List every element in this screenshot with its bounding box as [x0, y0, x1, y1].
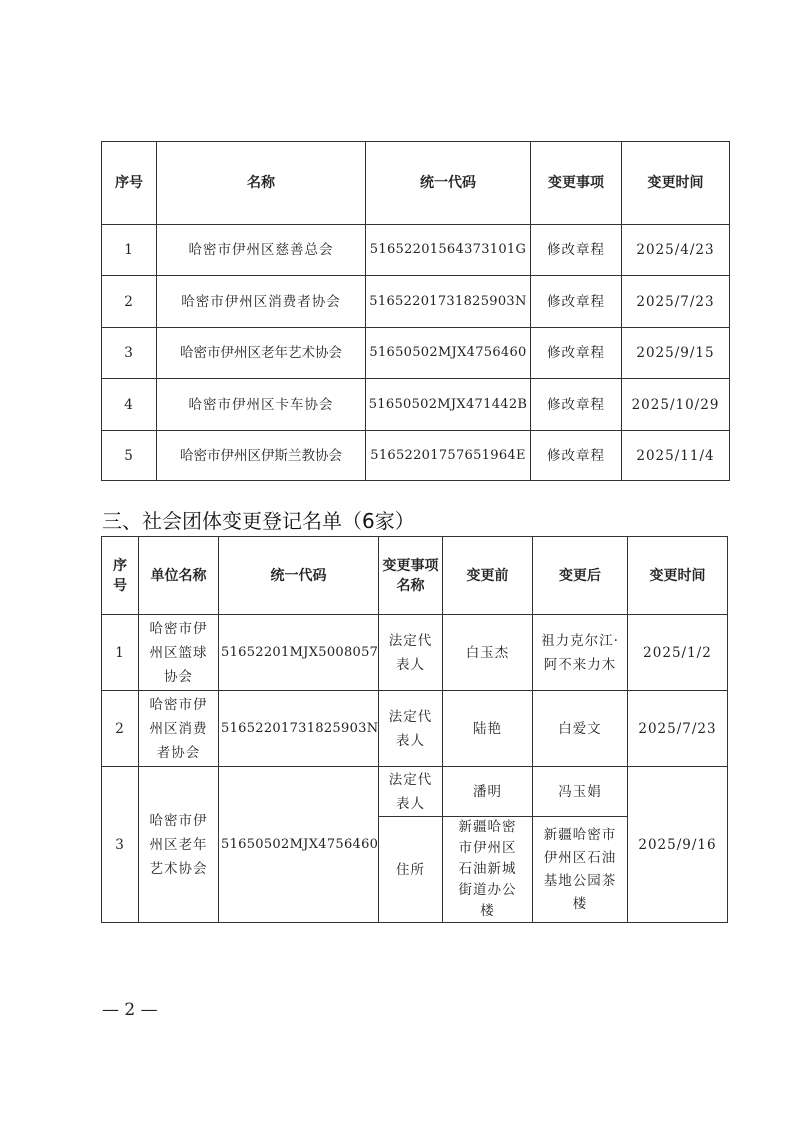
- header-no: 序号: [102, 537, 139, 615]
- table-header-row: 序号 名称 统一代码 变更事项 变更时间: [102, 142, 730, 225]
- cell-no: 5: [102, 431, 157, 481]
- table-row: 2 哈密市伊州区消费者协会 51652201731825903N 修改章程 20…: [102, 276, 730, 328]
- cell-date: 2025/10/29: [622, 379, 730, 431]
- page-number: — 2 —: [102, 1000, 158, 1020]
- header-item: 变更事项: [531, 142, 622, 225]
- cell-date: 2025/4/23: [622, 225, 730, 276]
- cell-unit-name: 哈密市伊州区老年艺术协会: [139, 767, 219, 923]
- header-before: 变更前: [443, 537, 533, 615]
- header-code: 统一代码: [366, 142, 531, 225]
- cell-name: 哈密市伊州区卡车协会: [157, 379, 366, 431]
- cell-date: 2025/7/23: [628, 691, 728, 767]
- cell-item: 住所: [379, 817, 443, 923]
- table-row: 2 哈密市伊州区消费者协会 51652201731825903N 法定代表人 陆…: [102, 691, 728, 767]
- cell-date: 2025/9/15: [622, 328, 730, 379]
- table-row: 3 哈密市伊州区老年艺术协会 51650502MJX4756460 法定代表人 …: [102, 767, 728, 817]
- cell-no: 3: [102, 767, 139, 923]
- cell-date: 2025/9/16: [628, 767, 728, 923]
- cell-before: 陆艳: [443, 691, 533, 767]
- cell-unit-name: 哈密市伊州区消费者协会: [139, 691, 219, 767]
- header-date: 变更时间: [628, 537, 728, 615]
- cell-item: 修改章程: [531, 225, 622, 276]
- header-after: 变更后: [533, 537, 628, 615]
- header-code: 统一代码: [219, 537, 379, 615]
- header-name: 名称: [157, 142, 366, 225]
- table-row: 4 哈密市伊州区卡车协会 51650502MJX471442B 修改章程 202…: [102, 379, 730, 431]
- cell-date: 2025/11/4: [622, 431, 730, 481]
- cell-no: 1: [102, 615, 139, 691]
- cell-no: 2: [102, 691, 139, 767]
- cell-item: 法定代表人: [379, 615, 443, 691]
- cell-before: 白玉杰: [443, 615, 533, 691]
- header-unit-name: 单位名称: [139, 537, 219, 615]
- cell-code: 51650502MJX4756460: [366, 328, 531, 379]
- table-header-row: 序号 单位名称 统一代码 变更事项名称 变更前 变更后 变更时间: [102, 537, 728, 615]
- cell-after: 祖力克尔江·阿不来力木: [533, 615, 628, 691]
- cell-name: 哈密市伊州区老年艺术协会: [157, 328, 366, 379]
- cell-no: 1: [102, 225, 157, 276]
- cell-code: 51652201731825903N: [366, 276, 531, 328]
- cell-no: 2: [102, 276, 157, 328]
- association-amendment-table: 序号 名称 统一代码 变更事项 变更时间 1 哈密市伊州区慈善总会 516522…: [101, 141, 730, 481]
- cell-after: 冯玉娟: [533, 767, 628, 817]
- cell-code: 51652201757651964E: [366, 431, 531, 481]
- cell-item: 修改章程: [531, 379, 622, 431]
- cell-item: 修改章程: [531, 328, 622, 379]
- cell-code: 51652201731825903N: [219, 691, 379, 767]
- cell-code: 51652201MJX5008057: [219, 615, 379, 691]
- cell-before: 潘明: [443, 767, 533, 817]
- cell-item: 修改章程: [531, 276, 622, 328]
- table-row: 5 哈密市伊州区伊斯兰教协会 51652201757651964E 修改章程 2…: [102, 431, 730, 481]
- table-row: 1 哈密市伊州区慈善总会 51652201564373101G 修改章程 202…: [102, 225, 730, 276]
- cell-item: 法定代表人: [379, 767, 443, 817]
- cell-name: 哈密市伊州区消费者协会: [157, 276, 366, 328]
- cell-unit-name: 哈密市伊州区篮球协会: [139, 615, 219, 691]
- cell-item: 法定代表人: [379, 691, 443, 767]
- cell-code: 51652201564373101G: [366, 225, 531, 276]
- cell-name: 哈密市伊州区伊斯兰教协会: [157, 431, 366, 481]
- header-no: 序号: [102, 142, 157, 225]
- cell-after: 白爱文: [533, 691, 628, 767]
- cell-name: 哈密市伊州区慈善总会: [157, 225, 366, 276]
- cell-before: 新疆哈密市伊州区石油新城街道办公楼: [443, 817, 533, 923]
- social-group-change-table: 序号 单位名称 统一代码 变更事项名称 变更前 变更后 变更时间 1 哈密市伊州…: [101, 536, 728, 923]
- table-row: 3 哈密市伊州区老年艺术协会 51650502MJX4756460 修改章程 2…: [102, 328, 730, 379]
- section-title: 三、社会团体变更登记名单（6家）: [102, 508, 415, 534]
- header-date: 变更时间: [622, 142, 730, 225]
- cell-code: 51650502MJX471442B: [366, 379, 531, 431]
- cell-item: 修改章程: [531, 431, 622, 481]
- cell-no: 4: [102, 379, 157, 431]
- cell-no: 3: [102, 328, 157, 379]
- table-row: 1 哈密市伊州区篮球协会 51652201MJX5008057 法定代表人 白玉…: [102, 615, 728, 691]
- cell-after: 新疆哈密市伊州区石油基地公园茶楼: [533, 817, 628, 923]
- header-item-name: 变更事项名称: [379, 537, 443, 615]
- cell-code: 51650502MJX4756460: [219, 767, 379, 923]
- cell-date: 2025/7/23: [622, 276, 730, 328]
- cell-date: 2025/1/2: [628, 615, 728, 691]
